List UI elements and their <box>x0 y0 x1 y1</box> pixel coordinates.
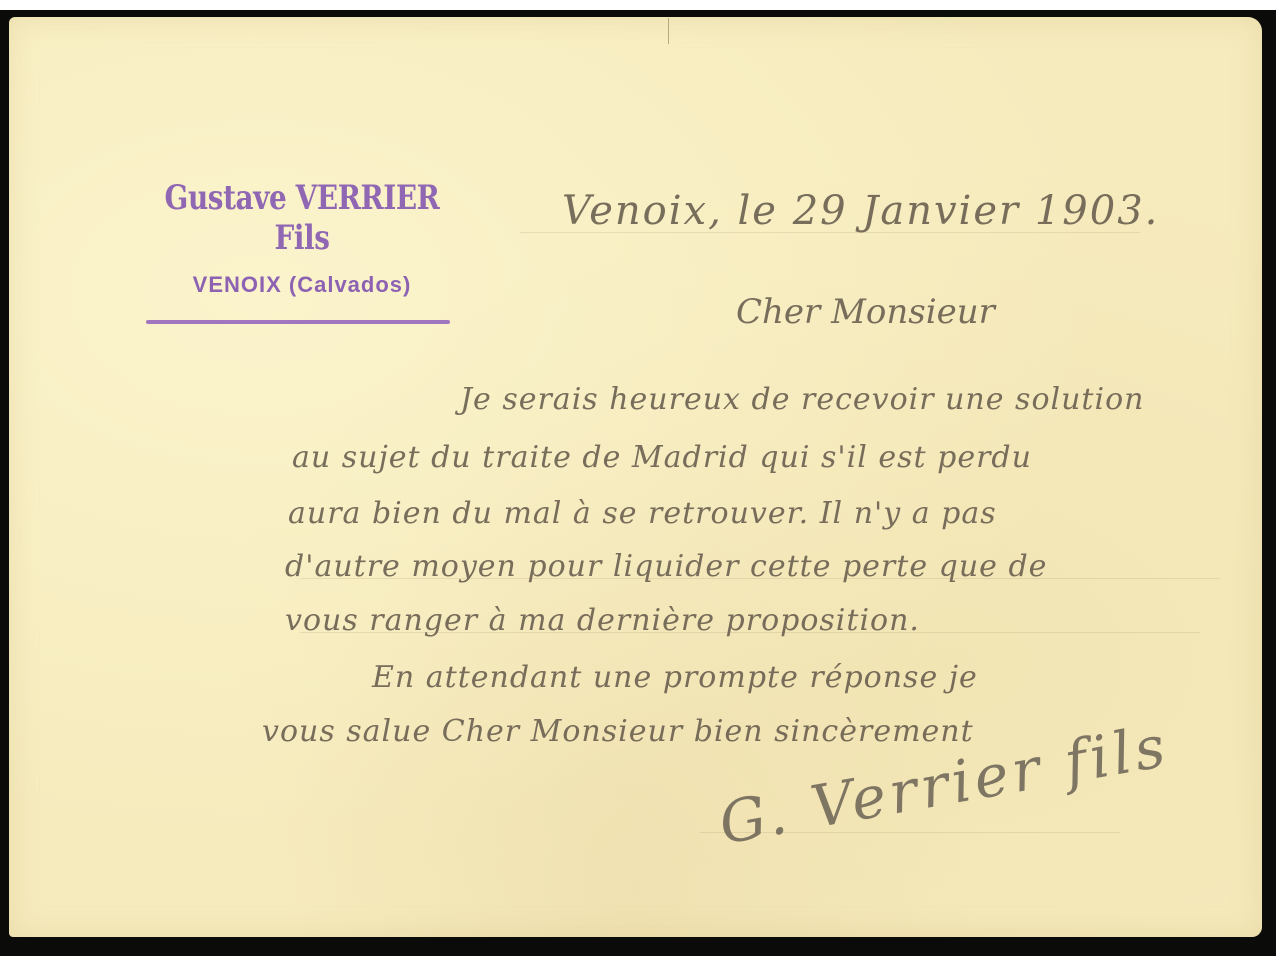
sender-stamp: Gustave VERRIER Fils VENOIX (Calvados) <box>114 178 490 298</box>
letter-line: au sujet du traite de Madrid qui s'il es… <box>292 440 1032 475</box>
letter-line: En attendant une prompte réponse je <box>372 660 978 695</box>
postcard <box>9 17 1262 937</box>
letter-line: vous salue Cher Monsieur bien sincèremen… <box>262 714 974 749</box>
letter-date: Venoix, le 29 Janvier 1903. <box>562 188 1159 234</box>
letter-line: vous ranger à ma dernière proposition. <box>285 603 920 638</box>
stamp-sender-place: VENOIX (Calvados) <box>114 272 490 298</box>
stamp-underline <box>146 320 450 324</box>
letter-line: aura bien du mal à se retrouver. Il n'y … <box>288 496 997 531</box>
letter-line: Je serais heureux de recevoir une soluti… <box>460 382 1144 417</box>
stamp-sender-name: Gustave VERRIER Fils <box>148 178 456 258</box>
letter-salutation: Cher Monsieur <box>736 292 995 332</box>
paper-crease <box>668 18 669 44</box>
letter-line: d'autre moyen pour liquider cette perte … <box>285 549 1047 584</box>
